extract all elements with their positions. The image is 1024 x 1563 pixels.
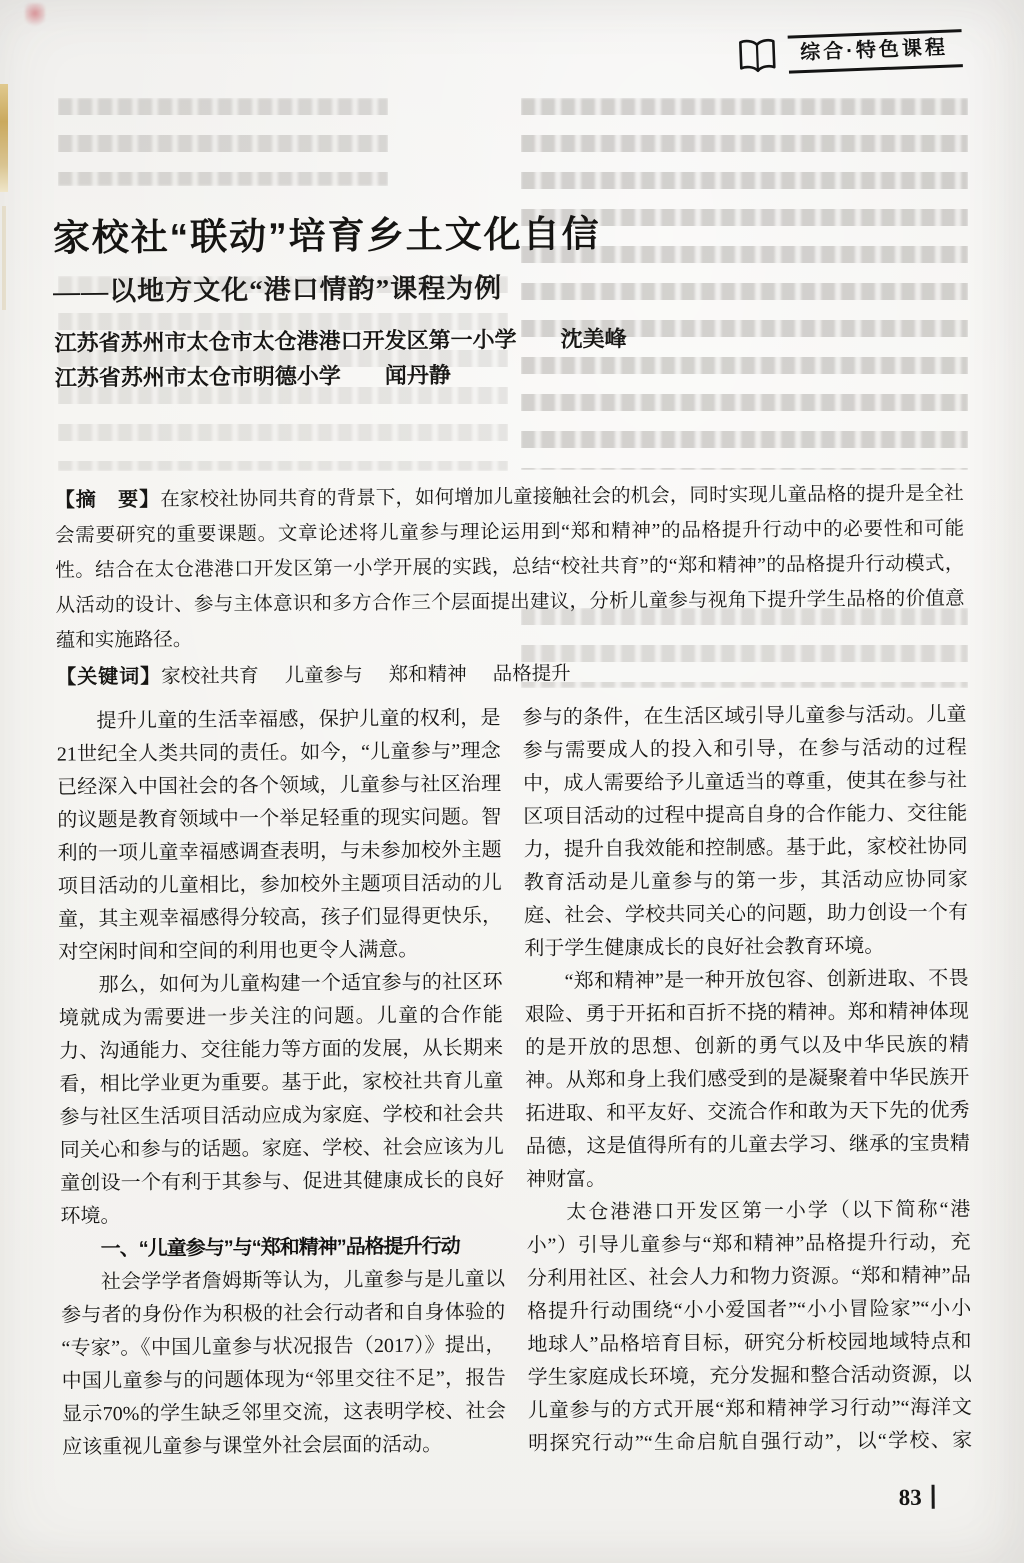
keyword-item: 品格提升 xyxy=(493,664,571,686)
author-block: 江苏省苏州市太仓市太仓港港口开发区第一小学沈美峰 江苏省苏州市太仓市明德小学闻丹… xyxy=(54,321,627,395)
page-edge-strip xyxy=(0,84,8,192)
author-name: 沈美峰 xyxy=(560,326,626,352)
page-number-divider xyxy=(932,1485,935,1509)
author-line: 江苏省苏州市太仓市明德小学闻丹静 xyxy=(55,356,627,395)
author-line: 江苏省苏州市太仓市太仓港港口开发区第一小学沈美峰 xyxy=(54,321,626,360)
author-affiliation: 江苏省苏州市太仓市明德小学 xyxy=(55,363,341,390)
keyword-item: 儿童参与 xyxy=(285,665,363,687)
scanned-page: 综合·特色课程 家校社“联动”培育乡土文化自信 ——以地方文化“港口情韵”课程为… xyxy=(0,0,1024,1563)
abstract: 【摘 要】在家校社协同共育的背景下，如何增加儿童接触社会的机会，同时实现儿童品格… xyxy=(55,476,965,658)
body-column-right: 参与的条件，在生活区域引导儿童参与活动。儿童参与需要成人的投入和引导，在参与活动… xyxy=(522,698,972,1460)
page-footer: 83 xyxy=(899,1485,935,1509)
paragraph: 社会学学者詹姆斯等认为，儿童参与是儿童以参与者的身份作为积极的社会行动者和自身体… xyxy=(61,1263,507,1464)
paragraph: 参与的条件，在生活区域引导儿童参与活动。儿童参与需要成人的投入和引导，在参与活动… xyxy=(522,698,968,965)
abstract-label: 【摘 要】 xyxy=(55,489,161,512)
page-number: 83 xyxy=(899,1485,922,1508)
author-affiliation: 江苏省苏州市太仓市太仓港港口开发区第一小学 xyxy=(54,327,516,356)
abstract-block: 【摘 要】在家校社协同共育的背景下，如何增加儿童接触社会的机会，同时实现儿童品格… xyxy=(55,476,966,695)
paragraph: “郑和精神”是一种开放包容、创新进取、不畏艰险、勇于开拓和百折不挠的精神。郑和精… xyxy=(524,962,970,1196)
section-badge: 综合·特色课程 xyxy=(736,29,963,75)
section-heading: 一、“儿童参与”与“郑和精神”品格提升行动 xyxy=(61,1230,505,1266)
open-book-icon xyxy=(736,36,779,76)
body-column-left: 提升儿童的生活幸福感，保护儿童的权利，是21世纪全人类共同的责任。如今，“儿童参… xyxy=(56,702,506,1464)
paragraph: 提升儿童的生活幸福感，保护儿童的权利，是21世纪全人类共同的责任。如今，“儿童参… xyxy=(56,702,502,969)
paragraph: 太仓港港口开发区第一小学（以下简称“港小”）引导儿童参与“郑和精神”品格提升行动… xyxy=(526,1193,972,1460)
keyword-item: 郑和精神 xyxy=(389,664,467,686)
keywords: 【关键词】家校社共育儿童参与郑和精神品格提升 xyxy=(56,653,965,695)
article-title: 家校社“联动”培育乡土文化自信 xyxy=(53,212,601,261)
article-subtitle: ——以地方文化“港口情韵”课程为例 xyxy=(53,272,502,308)
paragraph: 那么，如何为儿童构建一个适宜参与的社区环境就成为需要进一步关注的问题。儿童的合作… xyxy=(58,966,504,1233)
ink-smudge xyxy=(25,3,45,29)
author-name: 闻丹静 xyxy=(385,362,451,388)
article-content: 综合·特色课程 家校社“联动”培育乡土文化自信 ——以地方文化“港口情韵”课程为… xyxy=(0,0,1024,1563)
abstract-text: 在家校社协同共育的背景下，如何增加儿童接触社会的机会，同时实现儿童品格的提升是全… xyxy=(55,483,965,651)
section-badge-label: 综合·特色课程 xyxy=(788,29,963,73)
keywords-label: 【关键词】 xyxy=(56,666,161,689)
keyword-item: 家校社共育 xyxy=(161,666,259,688)
